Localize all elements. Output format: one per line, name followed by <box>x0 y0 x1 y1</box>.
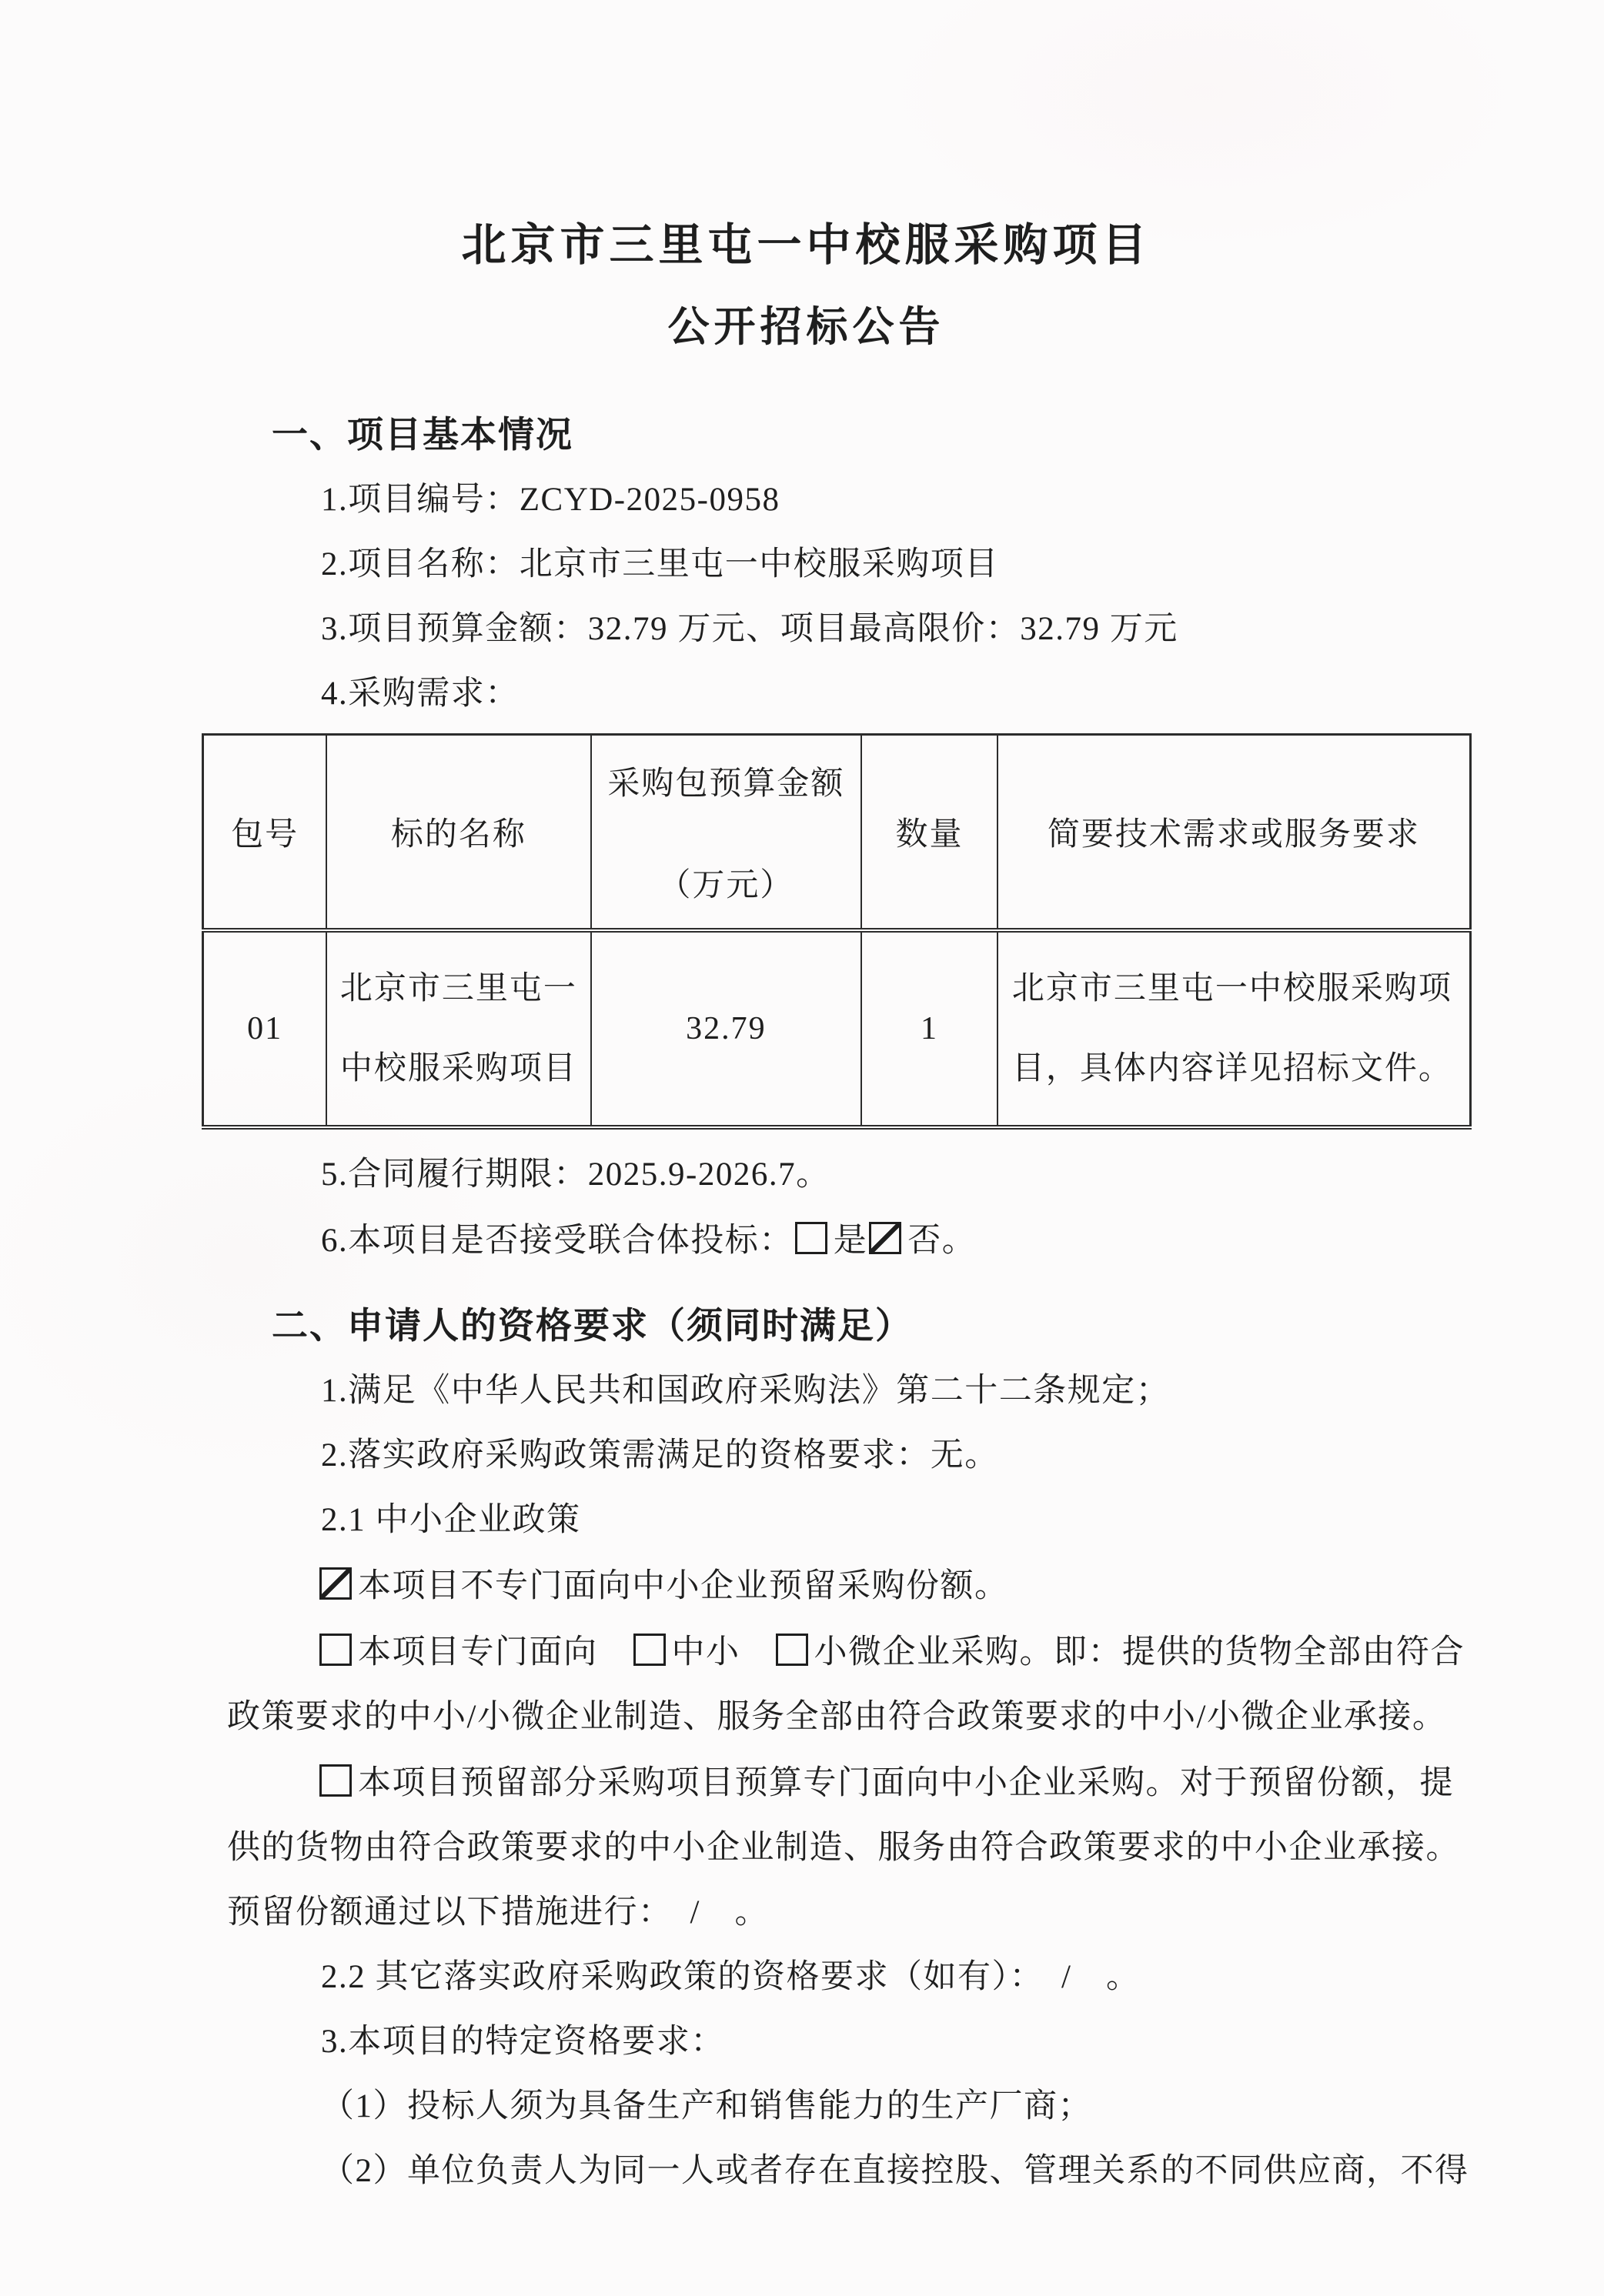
sme-not-reserved-text: 本项目不专门面向中小企业预留采购份额。 <box>358 1568 1009 1604</box>
sme-partial-continuation1-line: 供的货物由符合政策要求的中小企业制造、服务由符合政策要求的中小企业承接。 <box>227 1830 1473 1866</box>
header-quantity: 数量 <box>861 735 997 931</box>
project-name-line: 2.项目名称：北京市三里屯一中校服采购项目 <box>227 547 1473 582</box>
joint-bid-yes-label: 是 <box>834 1223 868 1259</box>
sme-partial-text: 本项目预留部分采购项目预算专门面向中小企业采购。对于预留份额，提 <box>358 1765 1454 1801</box>
cell-package-no: 01 <box>203 930 327 1127</box>
sme-targeted-text2: 中小 <box>672 1634 740 1670</box>
table-row: 01 北京市三里屯一 中校服采购项目 32.79 1 北京市三里屯一中校服采购项… <box>203 930 1471 1127</box>
specific-qualification-line: 3.本项目的特定资格要求： <box>227 2024 1473 2060</box>
specific-qualification-1-line: （1）投标人须为具备生产和销售能力的生产厂商； <box>227 2089 1473 2124</box>
specific-qualification-2-line: （2）单位负责人为同一人或者存在直接控股、管理关系的不同供应商，不得 <box>227 2154 1473 2189</box>
procurement-demand-line: 4.采购需求： <box>227 676 1473 712</box>
document-subtitle: 公开招标公告 <box>139 305 1473 349</box>
sme-partial-continuation2-line: 预留份额通过以下措施进行： / 。 <box>227 1895 1473 1931</box>
table-header-row: 包号 标的名称 采购包预算金额 （万元） 数量 简要技术需求或服务要求 <box>203 735 1471 931</box>
sme-targeted-line: 本项目专门面向中小小微企业采购。即：提供的货物全部由符合 <box>227 1634 1473 1670</box>
cell-requirements-line1: 北京市三里屯一中校服采购项 <box>1012 949 1455 1029</box>
other-policy-line: 2.2 其它落实政府采购政策的资格要求（如有）： / 。 <box>227 1960 1473 1995</box>
contract-period-line: 5.合同履行期限：2025.9-2026.7。 <box>227 1157 1473 1193</box>
joint-bid-prefix: 6.本项目是否接受联合体投标： <box>321 1223 794 1259</box>
sme-not-reserved-line: 本项目不专门面向中小企业预留采购份额。 <box>227 1567 1473 1604</box>
qualification-item1-line: 1.满足《中华人民共和国政府采购法》第二十二条规定； <box>227 1373 1473 1409</box>
cell-quantity: 1 <box>861 930 997 1127</box>
joint-bid-line: 6.本项目是否接受联合体投标：是否。 <box>227 1222 1473 1259</box>
checkbox-joint-no-checked-icon <box>869 1222 901 1254</box>
sme-targeted-continuation-line: 政策要求的中小/小微企业制造、服务全部由符合政策要求的中小/小微企业承接。 <box>227 1700 1473 1735</box>
header-subject-name: 标的名称 <box>326 735 590 931</box>
checkbox-micro-unchecked-icon <box>776 1634 808 1666</box>
qualification-item2-line: 2.落实政府采购政策需满足的资格要求：无。 <box>227 1438 1473 1473</box>
checkbox-partial-unchecked-icon <box>319 1764 352 1797</box>
scanned-tender-document-page: 北京市三里屯一中校服采购项目 公开招标公告 一、项目基本情况 1.项目编号：ZC… <box>0 0 1604 2296</box>
sme-targeted-text1: 本项目专门面向 <box>358 1634 598 1670</box>
cell-requirements: 北京市三里屯一中校服采购项 目，具体内容详见招标文件。 <box>997 930 1471 1127</box>
cell-subject-name-line2: 中校服采购项目 <box>327 1029 590 1109</box>
joint-bid-no-label: 否。 <box>907 1223 976 1259</box>
procurement-demand-table: 包号 标的名称 采购包预算金额 （万元） 数量 简要技术需求或服务要求 01 北… <box>202 733 1472 1130</box>
header-package-no: 包号 <box>203 735 327 931</box>
sme-partial-line: 本项目预留部分采购项目预算专门面向中小企业采购。对于预留份额，提 <box>227 1764 1473 1801</box>
checkbox-medium-small-unchecked-icon <box>633 1634 666 1666</box>
cell-subject-name-line1: 北京市三里屯一 <box>327 949 590 1029</box>
project-number-line: 1.项目编号：ZCYD-2025-0958 <box>227 482 1473 518</box>
cell-requirements-line2: 目，具体内容详见招标文件。 <box>1012 1029 1455 1109</box>
header-package-budget-line2: （万元） <box>592 859 860 906</box>
cell-subject-name: 北京市三里屯一 中校服采购项目 <box>326 930 590 1127</box>
section2-heading: 二、申请人的资格要求（须同时满足） <box>272 1307 1473 1344</box>
checkbox-not-reserved-checked-icon <box>319 1567 352 1600</box>
checkbox-targeted-unchecked-icon <box>319 1634 352 1666</box>
header-package-budget-line1: 采购包预算金额 <box>592 758 860 804</box>
sme-policy-heading-line: 2.1 中小企业政策 <box>227 1503 1473 1538</box>
section1-heading: 一、项目基本情况 <box>272 415 1473 453</box>
cell-package-budget: 32.79 <box>591 930 861 1127</box>
sme-targeted-text3: 小微企业采购。即：提供的货物全部由符合 <box>814 1634 1465 1670</box>
document-title: 北京市三里屯一中校服采购项目 <box>139 222 1473 269</box>
header-requirements: 简要技术需求或服务要求 <box>997 735 1471 931</box>
project-budget-line: 3.项目预算金额：32.79 万元、项目最高限价：32.79 万元 <box>227 612 1473 647</box>
checkbox-joint-yes-unchecked-icon <box>795 1222 827 1254</box>
header-package-budget: 采购包预算金额 （万元） <box>591 735 861 931</box>
